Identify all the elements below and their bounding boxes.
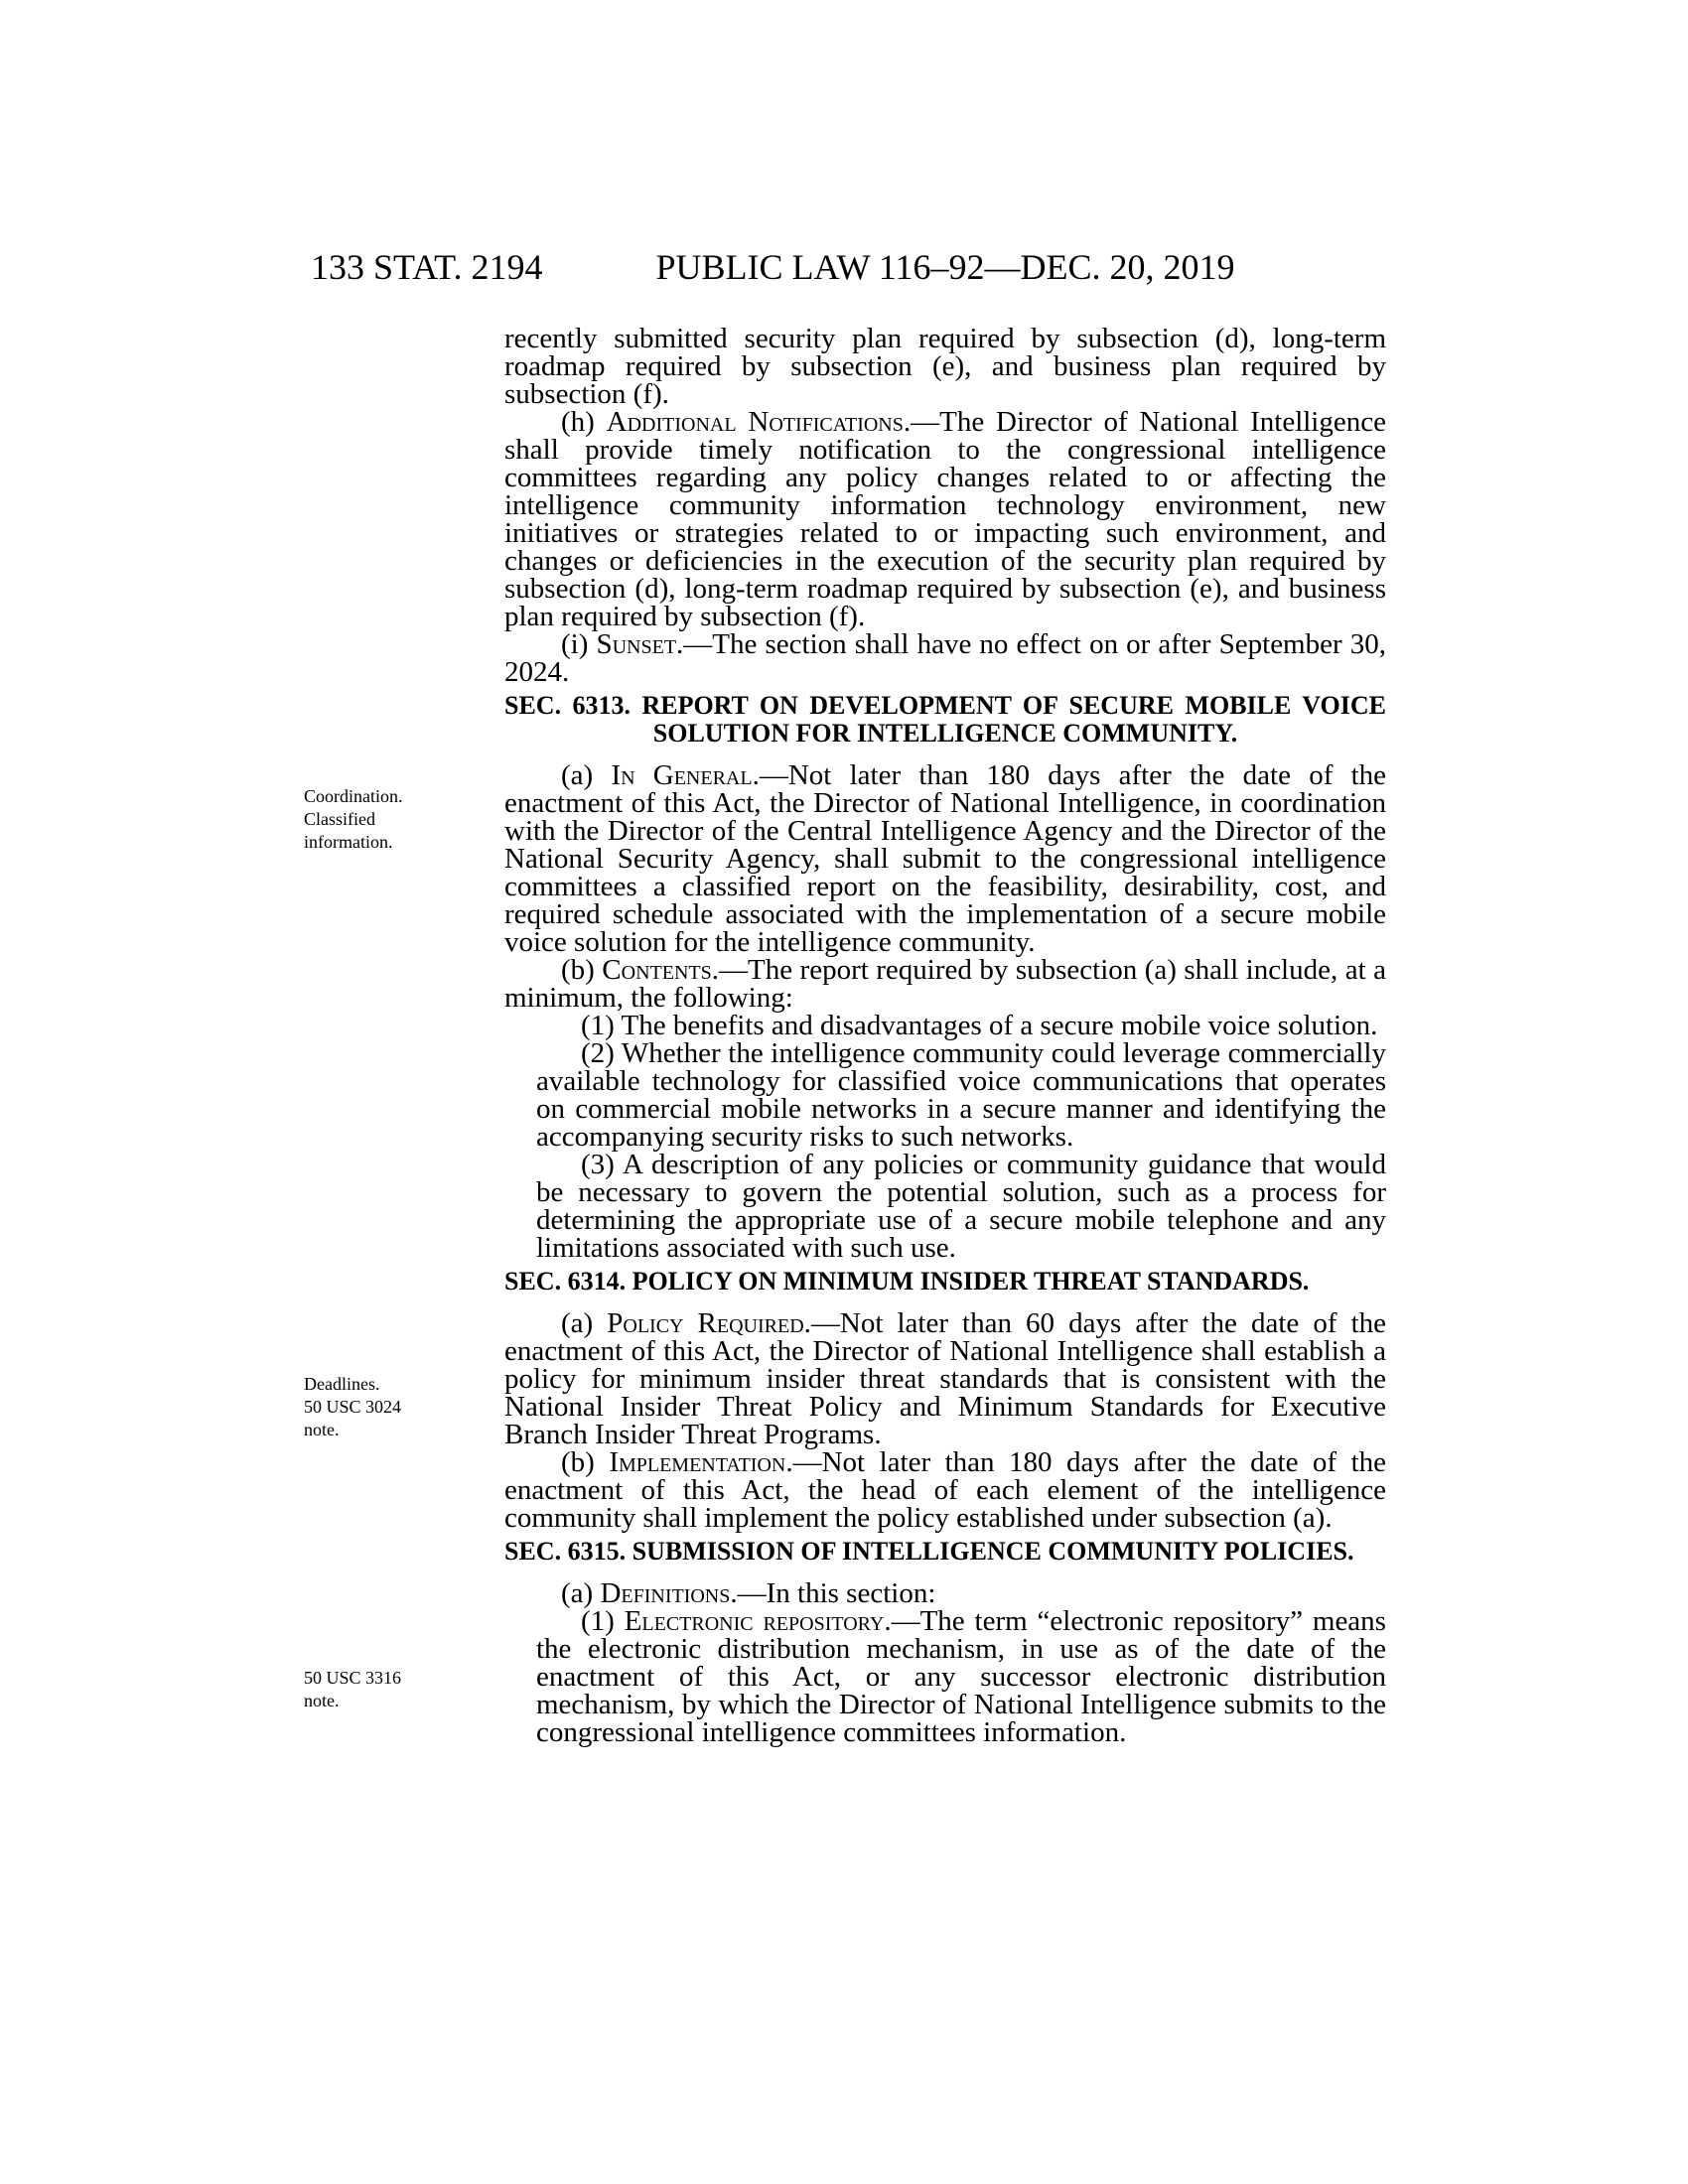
section-heading-6314: SEC. 6314. POLICY ON MINIMUM INSIDER THR… <box>504 1268 1386 1296</box>
margin-note-line: 50 USC 3024 <box>304 1396 492 1419</box>
margin-note-line: Deadlines. <box>304 1373 492 1396</box>
section-heading-line: SEC. 6313. REPORT ON DEVELOPMENT OF SECU… <box>504 692 1386 720</box>
running-head-law-title: PUBLIC LAW 116–92—DEC. 20, 2019 <box>504 248 1386 286</box>
margin-note-line: note. <box>304 1419 492 1441</box>
paragraph-b-implementation: (b) Implementation.—Not later than 180 d… <box>504 1448 1386 1532</box>
paragraph-continuation: recently submitted security plan require… <box>504 325 1386 408</box>
section-heading-line: SEC. 6315. SUBMISSION OF INTELLIGENCE CO… <box>504 1538 1386 1566</box>
subparagraph-3-policies-guidance: (3) A description of any policies or com… <box>536 1151 1386 1262</box>
margin-note-line: Coordination. <box>304 785 492 808</box>
section-heading-line: SOLUTION FOR INTELLIGENCE COMMUNITY. <box>504 720 1386 748</box>
margin-note-line: information. <box>304 831 492 854</box>
paragraph-text: .—Not later than 180 days after the date… <box>504 759 1386 958</box>
paragraph-b-contents: (b) Contents.—The report required by sub… <box>504 956 1386 1012</box>
subparagraph-1-benefits: (1) The benefits and disadvantages of a … <box>536 1012 1386 1039</box>
margin-note-deadlines: Deadlines. 50 USC 3024 note. <box>304 1373 492 1441</box>
paragraph-a-definitions: (a) Definitions.—In this section: <box>504 1579 1386 1607</box>
margin-note-usc-3316: 50 USC 3316 note. <box>304 1667 492 1712</box>
margin-note-coordination: Coordination. Classified information. <box>304 785 492 854</box>
paragraph-i-sunset: (i) Sunset.—The section shall have no ef… <box>504 630 1386 686</box>
paragraph-a-policy-required: (a) Policy Required.—Not later than 60 d… <box>504 1309 1386 1448</box>
paragraph-smallcaps-label: Sunset <box>596 628 676 660</box>
section-heading-6313: SEC. 6313. REPORT ON DEVELOPMENT OF SECU… <box>504 692 1386 748</box>
paragraph-text: .—The Director of National Intelligence … <box>504 406 1386 632</box>
subparagraph-2-commercial-technology: (2) Whether the intelligence community c… <box>536 1039 1386 1151</box>
section-heading-6315: SEC. 6315. SUBMISSION OF INTELLIGENCE CO… <box>504 1538 1386 1566</box>
subparagraph-1-electronic-repository: (1) Electronic repository.—The term “ele… <box>536 1607 1386 1746</box>
margin-note-line: 50 USC 3316 <box>304 1667 492 1690</box>
section-heading-line: SEC. 6314. POLICY ON MINIMUM INSIDER THR… <box>504 1268 1386 1296</box>
statute-body: recently submitted security plan require… <box>504 325 1386 1746</box>
paragraph-h-additional-notifications: (h) Additional Notifications.—The Direct… <box>504 408 1386 630</box>
paragraph-text: A description of any policies or communi… <box>536 1149 1386 1264</box>
paragraph-a-in-general: (a) In General.—Not later than 180 days … <box>504 761 1386 956</box>
margin-note-line: Classified <box>304 808 492 831</box>
statute-page: 133 STAT. 2194 PUBLIC LAW 116–92—DEC. 20… <box>0 0 1688 2184</box>
paragraph-text: Whether the intelligence community could… <box>536 1037 1386 1153</box>
margin-note-line: note. <box>304 1690 492 1712</box>
paragraph-text: recently submitted security plan require… <box>504 323 1386 410</box>
